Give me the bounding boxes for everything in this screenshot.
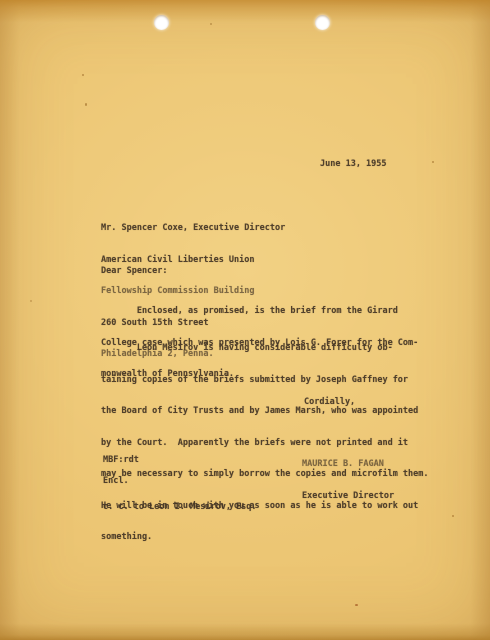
salutation: Dear Spencer: bbox=[101, 266, 168, 277]
signature-name: MAURICE B. FAGAN bbox=[302, 459, 394, 470]
recipient-line-name: Mr. Spencer Coxe, Executive Director bbox=[101, 223, 285, 234]
body-line: something. bbox=[101, 532, 429, 543]
signature-title: Executive Director bbox=[302, 491, 394, 502]
recipient-line-org: American Civil Liberties Union bbox=[101, 255, 285, 266]
letter-date: June 13, 1955 bbox=[320, 159, 387, 170]
body-line: taining copies of the briefs submitted b… bbox=[101, 375, 429, 386]
paper-speck bbox=[452, 515, 454, 517]
paper-speck bbox=[355, 604, 358, 606]
body-line: Enclosed, as promised, is the brief from… bbox=[101, 306, 418, 317]
paper-speck bbox=[85, 103, 87, 106]
paper-speck bbox=[210, 23, 212, 25]
paper-speck bbox=[82, 74, 84, 76]
body-line: the Board of City Trusts and by James Ma… bbox=[101, 406, 429, 417]
reference-initials: MBF:rdt bbox=[103, 455, 139, 466]
punch-hole-right bbox=[315, 15, 330, 30]
signature-block: MAURICE B. FAGAN Executive Director bbox=[302, 438, 394, 522]
carbon-copy-notation: c. c. to Leon I. Mesirov, Esq. bbox=[103, 502, 257, 513]
complimentary-closing: Cordially, bbox=[304, 397, 355, 408]
enclosure-notation: Encl. bbox=[103, 476, 129, 487]
paper-speck bbox=[432, 161, 434, 163]
punch-hole-left bbox=[154, 15, 169, 30]
body-line: Leon Mesirov is having considerable diff… bbox=[101, 343, 429, 354]
letter-page: June 13, 1955 Mr. Spencer Coxe, Executiv… bbox=[0, 0, 490, 640]
paper-speck bbox=[30, 300, 32, 302]
